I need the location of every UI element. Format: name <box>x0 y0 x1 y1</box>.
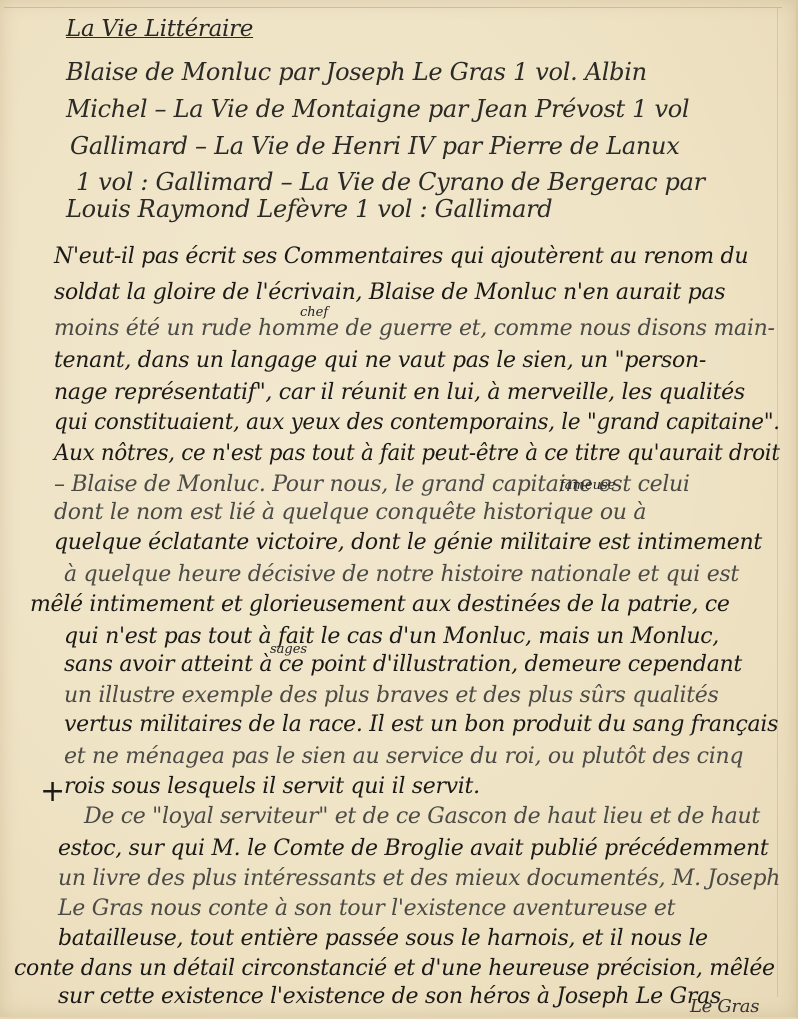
body-line-1: N'eut-il pas écrit ses Commentaires qui … <box>54 244 748 269</box>
body-line-3: moins été un rude homme de guerre et, co… <box>54 316 775 341</box>
body-line-20: estoc, sur qui M. le Comte de Broglie av… <box>58 836 768 861</box>
body-line-10: quelque éclatante victoire, dont le géni… <box>54 530 762 555</box>
body-line-18: rois sous lesquels il servit qui il serv… <box>64 774 480 799</box>
body-line-25: sur cette existence l'existence de son h… <box>58 984 721 1009</box>
reference-line-3: Gallimard – La Vie de Henri IV par Pierr… <box>70 132 679 160</box>
body-line-17: et ne ménagea pas le sien au service du … <box>64 744 743 769</box>
signature: Le Gras <box>690 996 759 1017</box>
body-line-6: qui constituaient, aux yeux des contempo… <box>54 410 780 435</box>
body-line-11: à quelque heure décisive de notre histoi… <box>64 562 739 587</box>
body-line-22: Le Gras nous conte à son tour l'existenc… <box>58 896 675 921</box>
body-line-16: vertus militaires de la race. Il est un … <box>64 712 778 737</box>
insertion-cross-mark: + <box>40 774 65 809</box>
manuscript-page: La Vie Littéraire Blaise de Monluc par J… <box>0 0 798 1019</box>
body-line-24: conte dans un détail circonstancié et d'… <box>14 956 775 981</box>
body-line-2: soldat la gloire de l'écrivain, Blaise d… <box>54 280 725 305</box>
body-line-5: nage représentatif", car il réunit en lu… <box>54 380 745 405</box>
reference-line-1: Blaise de Monluc par Joseph Le Gras 1 vo… <box>66 58 647 86</box>
body-line-21: un livre des plus intéressants et des mi… <box>58 866 780 891</box>
body-line-15: un illustre exemple des plus braves et d… <box>64 683 718 708</box>
body-line-7: Aux nôtres, ce n'est pas tout à fait peu… <box>54 441 780 466</box>
body-line-9: dont le nom est lié à quelque conquête h… <box>54 500 646 525</box>
body-line-14: sans avoir atteint à ce point d'illustra… <box>64 652 742 677</box>
reference-line-5: Louis Raymond Lefèvre 1 vol : Gallimard <box>66 195 552 223</box>
body-line-12: mêlé intimement et glorieusement aux des… <box>30 592 730 617</box>
reference-line-2: Michel – La Vie de Montaigne par Jean Pr… <box>66 95 689 123</box>
page-title: La Vie Littéraire <box>66 16 253 42</box>
insertion-fameuse: fameuse <box>560 478 615 493</box>
reference-line-4: 1 vol : Gallimard – La Vie de Cyrano de … <box>76 168 705 196</box>
body-line-23: batailleuse, tout entière passée sous le… <box>58 926 708 951</box>
insertion-sages: sages <box>270 642 307 657</box>
body-line-13: qui n'est pas tout à fait le cas d'un Mo… <box>64 624 719 649</box>
body-line-19: De ce "loyal serviteur" et de ce Gascon … <box>84 804 760 829</box>
body-line-4: tenant, dans un langage qui ne vaut pas … <box>54 348 706 373</box>
